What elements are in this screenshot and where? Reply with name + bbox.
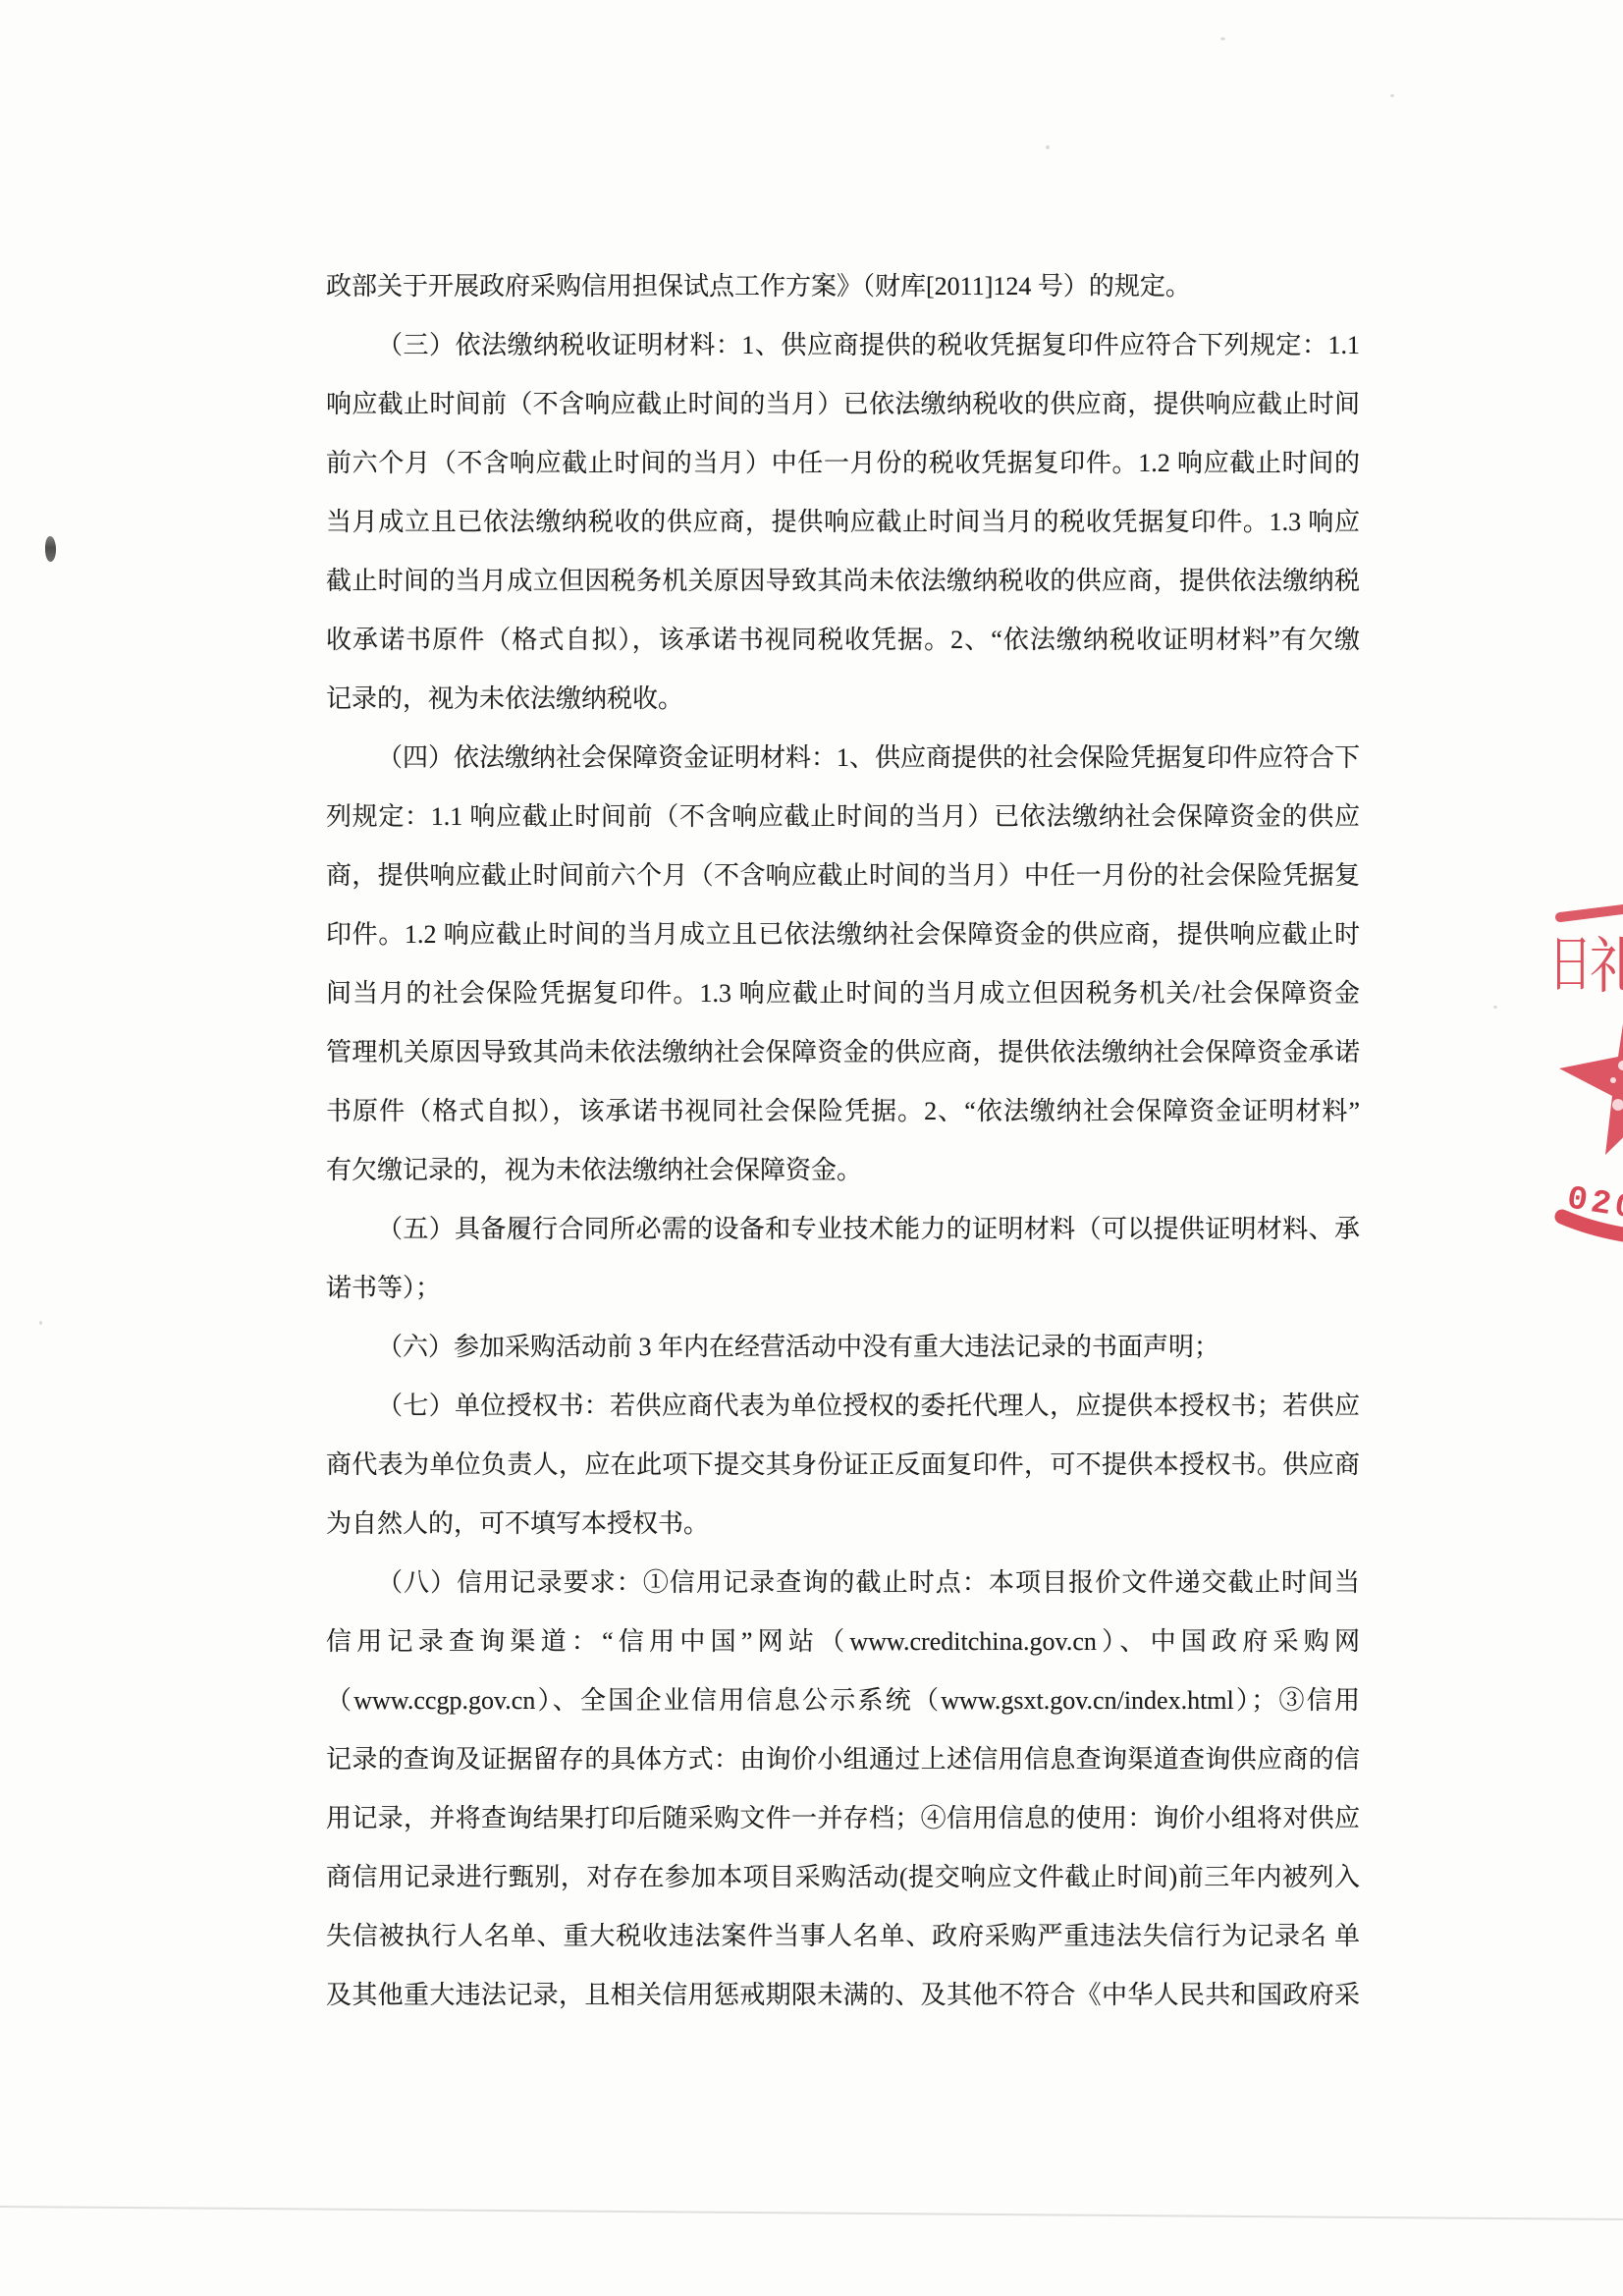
star-icon <box>1559 998 1623 1155</box>
text-line: 记录的，视为未依法缴纳税收。 <box>326 670 1360 729</box>
text-line: （七）单位授权书：若供应商代表为单位授权的委托代理人，应提供本授权书；若供应 <box>326 1377 1360 1436</box>
text-line: 印件。1.2 响应截止时间的当月成立且已依法缴纳社会保障资金的供应商，提供响应截… <box>326 905 1360 964</box>
scan-smudge <box>45 536 56 562</box>
text-line: 响应截止时间前（不含响应截止时间的当月）已依法缴纳税收的供应商，提供响应截止时间 <box>326 375 1360 434</box>
seal-character: 日 <box>1548 931 1593 999</box>
scanned-page: 政部关于开展政府采购信用担保试点工作方案》（财库[2011]124 号）的规定。… <box>0 0 1623 2296</box>
seal-character-stroke <box>1560 909 1623 917</box>
text-line: （三）依法缴纳税收证明材料：1、供应商提供的税收凭据复印件应符合下列规定：1.1 <box>326 316 1360 375</box>
scan-speck <box>1493 1006 1497 1009</box>
text-line: （八）信用记录要求：①信用记录查询的截止时点：本项目报价文件递交截止时间当日；② <box>326 1554 1360 1613</box>
scan-artifact-line <box>0 2206 1623 2220</box>
text-line: 列规定：1.1 响应截止时间前（不含响应截止时间的当月）已依法缴纳社会保障资金的… <box>326 788 1360 847</box>
text-line: 商信用记录进行甄别，对存在参加本项目采购活动(提交响应文件截止时间)前三年内被列… <box>326 1848 1360 1907</box>
text-line: 记录的查询及证据留存的具体方式：由询价小组通过上述信用信息查询渠道查询供应商的信 <box>326 1730 1360 1789</box>
text-line: （五）具备履行合同所必需的设备和专业技术能力的证明材料（可以提供证明材料、承 <box>326 1200 1360 1259</box>
text-line: 用记录，并将查询结果打印后随采购文件一并存档；④信用信息的使用：询价小组将对供应 <box>326 1789 1360 1848</box>
scan-speck <box>1390 94 1394 97</box>
text-line: 失信被执行人名单、重大税收违法案件当事人名单、政府采购严重违法失信行为记录名 单 <box>326 1907 1360 1966</box>
document-text: 政部关于开展政府采购信用担保试点工作方案》（财库[2011]124 号）的规定。… <box>326 257 1360 2025</box>
text-line: 前六个月（不含响应截止时间的当月）中任一月份的税收凭据复印件。1.2 响应截止时… <box>326 434 1360 493</box>
text-line: （六）参加采购活动前 3 年内在经营活动中没有重大违法记录的书面声明； <box>326 1318 1360 1377</box>
text-line: 管理机关原因导致其尚未依法缴纳社会保障资金的供应商，提供依法缴纳社会保障资金承诺 <box>326 1023 1360 1082</box>
text-line: 有欠缴记录的，视为未依法缴纳社会保障资金。 <box>326 1141 1360 1200</box>
scan-speck <box>39 1321 42 1325</box>
text-line: 诺书等）； <box>326 1259 1360 1318</box>
text-line: 商，提供响应截止时间前六个月（不含响应截止时间的当月）中任一月份的社会保险凭据复 <box>326 847 1360 905</box>
official-seal-stamp: 日 礼 020 <box>1525 879 1623 1252</box>
text-line: （www.ccgp.gov.cn）、全国企业信用信息公示系统（www.gsxt.… <box>326 1671 1360 1730</box>
text-line: 商代表为单位负责人，应在此项下提交其身份证正反面复印件，可不提供本授权书。供应商 <box>326 1436 1360 1495</box>
text-line: 书原件（格式自拟），该承诺书视同社会保险凭据。2、“依法缴纳社会保障资金证明材料… <box>326 1082 1360 1141</box>
text-line: 间当月的社会保险凭据复印件。1.3 响应截止时间的当月成立但因税务机关/社会保障… <box>326 964 1360 1023</box>
text-line: 政部关于开展政府采购信用担保试点工作方案》（财库[2011]124 号）的规定。 <box>326 257 1360 316</box>
text-line: 及其他重大违法记录，且相关信用惩戒期限未满的、及其他不符合《中华人民共和国政府采 <box>326 1966 1360 2025</box>
text-line: 截止时间的当月成立但因税务机关原因导致其尚未依法缴纳税收的供应商，提供依法缴纳税 <box>326 552 1360 611</box>
scan-speck <box>1220 37 1225 40</box>
text-line: 信用记录查询渠道：“信用中国”网站（www.creditchina.gov.cn… <box>326 1613 1360 1671</box>
text-line: 为自然人的，可不填写本授权书。 <box>326 1495 1360 1554</box>
text-line: 当月成立且已依法缴纳税收的供应商，提供响应截止时间当月的税收凭据复印件。1.3 … <box>326 493 1360 552</box>
seal-character-clipped: 礼 <box>1590 932 1623 1000</box>
scan-speck <box>1046 145 1050 149</box>
text-line: （四）依法缴纳社会保障资金证明材料：1、供应商提供的社会保险凭据复印件应符合下 <box>326 729 1360 788</box>
text-line: 收承诺书原件（格式自拟），该承诺书视同税收凭据。2、“依法缴纳税收证明材料”有欠… <box>326 611 1360 670</box>
